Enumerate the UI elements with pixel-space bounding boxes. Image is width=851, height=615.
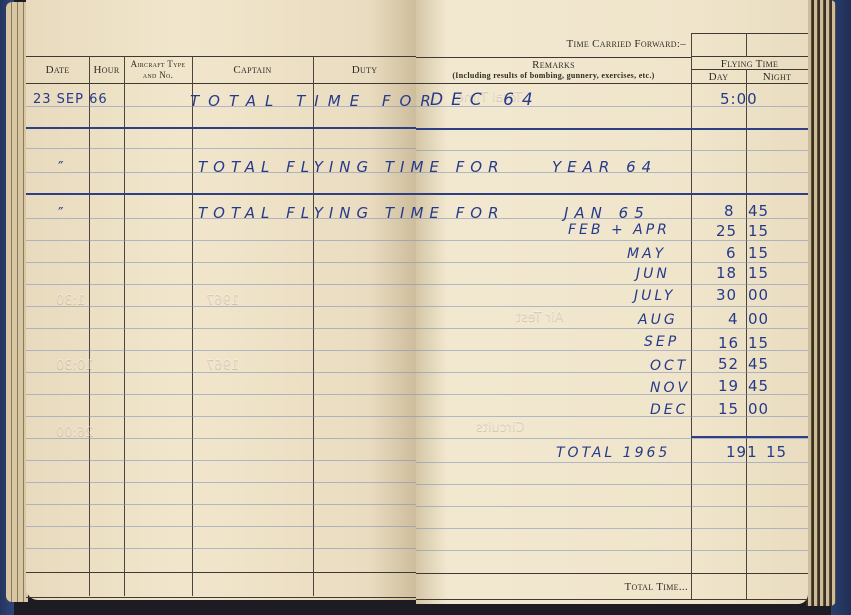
column-divider-day — [691, 33, 692, 600]
month-minutes: 15 — [748, 334, 769, 352]
month-hours: 52 — [718, 355, 739, 373]
column-header-hour: Hour — [89, 65, 124, 76]
ruled-line — [26, 284, 416, 285]
ink-separator — [416, 193, 808, 195]
ruled-line — [26, 482, 416, 483]
ruled-line — [26, 526, 416, 527]
month-label: Sep — [644, 334, 679, 350]
total-rule — [416, 573, 808, 574]
month-hours: 15 — [718, 400, 739, 418]
entry-day-time: 5:00 — [720, 90, 758, 108]
month-hours: 4 — [728, 310, 739, 328]
total-1965-hours: 191 — [726, 443, 758, 461]
night-header: Night — [746, 72, 808, 83]
month-minutes: 15 — [748, 264, 769, 282]
month-label: May — [627, 246, 666, 262]
embossed-text: Circuits — [476, 420, 525, 435]
column-divider — [89, 56, 90, 596]
ruled-line — [416, 528, 808, 529]
ruled-line — [416, 262, 808, 263]
ruled-line — [416, 240, 808, 241]
ruled-line — [416, 506, 808, 507]
bottom-rule — [416, 599, 808, 600]
month-label: July — [634, 288, 675, 304]
ruled-line — [416, 462, 808, 463]
embossed-text: 1967 — [206, 358, 239, 373]
remarks-header: Remarks — [416, 60, 691, 71]
month-minutes: 00 — [748, 310, 769, 328]
month-label: Feb + Apr — [568, 222, 670, 238]
flying-time-top-rule — [691, 33, 808, 34]
ruled-line — [416, 550, 808, 551]
page-edges-left — [6, 2, 28, 602]
column-header-duty: Duty — [313, 65, 416, 76]
entry-remarks: Year 64 — [552, 158, 657, 176]
header-bottom-rule — [416, 83, 808, 84]
remarks-subheader: (Including results of bombing, gunnery, … — [416, 71, 691, 81]
total-1965-label: Total 1965 — [556, 445, 670, 461]
month-hours: 25 — [716, 222, 737, 240]
entry-remarks: Dec 64 — [430, 90, 541, 110]
ink-separator — [26, 193, 416, 195]
header-bottom-rule — [26, 83, 416, 84]
ruled-line — [416, 306, 808, 307]
flying-time-mid-rule — [691, 56, 808, 57]
month-label: Dec — [650, 402, 688, 418]
bottom-rule — [26, 597, 416, 598]
ruled-line — [416, 150, 808, 151]
ruled-line — [26, 350, 416, 351]
column-divider-night — [746, 69, 747, 600]
entry-date: ″ — [58, 158, 65, 176]
ink-separator — [26, 127, 416, 129]
flying-time-header: Flying Time — [691, 59, 808, 70]
entry-text: Total Time For — [190, 92, 440, 110]
entry-text: Total Flying Time For — [198, 158, 505, 176]
ruled-line — [26, 504, 416, 505]
ruled-line — [26, 548, 416, 549]
column-header-captain: Captain — [192, 65, 313, 76]
entry-date: ″ — [58, 204, 65, 222]
month-hours: 6 — [726, 244, 737, 262]
month-minutes: 45 — [748, 355, 769, 373]
ruled-line — [26, 394, 416, 395]
month-minutes: 00 — [748, 286, 769, 304]
month-minutes: 00 — [748, 400, 769, 418]
embossed-text: Air Test — [516, 310, 564, 325]
column-divider — [313, 56, 314, 596]
left-page: Date Hour Aircraft Type and No. Captain … — [26, 0, 416, 600]
entry-text: Total Flying Time For — [198, 204, 505, 222]
column-header-aircraft: Aircraft Type and No. — [124, 59, 192, 81]
ruled-line — [416, 438, 808, 439]
header-top-rule — [26, 56, 416, 57]
month-label: Oct — [650, 358, 688, 374]
header-top-rule — [416, 57, 691, 58]
month-label: Aug — [638, 312, 678, 328]
column-divider — [124, 56, 125, 596]
entry-day-minutes: 45 — [748, 202, 769, 220]
month-label: Nov — [650, 380, 690, 396]
ruled-line — [26, 328, 416, 329]
total-rule — [26, 572, 416, 573]
ruled-line — [416, 284, 808, 285]
column-header-date: Date — [26, 65, 89, 76]
time-carried-forward-label: Time Carried Forward:– — [516, 39, 686, 50]
ruled-line — [26, 148, 416, 149]
entry-remarks: Jan 65 — [564, 204, 650, 222]
month-minutes: 15 — [748, 244, 769, 262]
entry-day-hours: 8 — [724, 202, 735, 220]
day-header: Day — [691, 72, 746, 83]
embossed-text: 26:00 — [56, 425, 93, 440]
entry-date: 23 Sep 66 — [33, 92, 108, 107]
month-minutes: 45 — [748, 377, 769, 395]
month-hours: 18 — [716, 264, 737, 282]
page-edges-right — [806, 0, 836, 606]
column-divider — [192, 56, 193, 596]
month-hours: 19 — [718, 377, 739, 395]
embossed-text: 1967 — [206, 293, 239, 308]
ruled-line — [26, 262, 416, 263]
ruled-line — [26, 416, 416, 417]
month-minutes: 15 — [748, 222, 769, 240]
ruled-line — [26, 460, 416, 461]
month-hours: 16 — [718, 334, 739, 352]
month-label: Jun — [636, 266, 670, 282]
ruled-line — [416, 484, 808, 485]
total-ink-rule — [691, 436, 808, 438]
month-hours: 30 — [716, 286, 737, 304]
embossed-text: 10:30 — [56, 358, 93, 373]
total-time-label: Total Time... — [536, 582, 688, 593]
column-divider-carried — [746, 33, 747, 57]
embossed-text: 1:30 — [56, 293, 85, 308]
ink-separator — [416, 128, 808, 130]
total-1965-minutes: 15 — [766, 443, 787, 461]
ruled-line — [416, 328, 808, 329]
ruled-line — [26, 240, 416, 241]
